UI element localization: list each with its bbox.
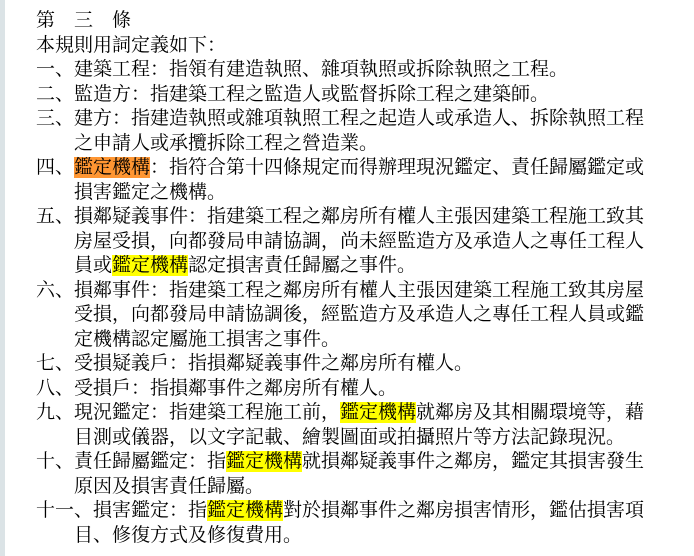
text-segment: 受損，向都發局申請協調後，經監造方及承造人之專任工程人員或鑑 [74,304,644,325]
window-edge-strip [0,0,5,556]
text-line: 十一、損害鑑定：指鑑定機構對於損鄰事件之鄰房損害情形，鑑估損害項 [36,499,686,524]
text-line: 四、鑑定機構：指符合第十四條規定而得辦理現況鑑定、責任歸屬鑑定或 [36,156,686,181]
text-line: 第 三 條 [36,9,686,34]
text-segment: 本規則用詞定義如下： [36,35,226,56]
text-line: 五、損鄰疑義事件：指建築工程之鄰房所有權人主張因建築工程施工致其 [36,205,686,230]
text-segment: 目測或儀器，以文字記載、繪製圖面或拍攝照片等方法記錄現況。 [74,427,625,448]
text-segment: 就損鄰疑義事件之鄰房，鑑定其損害發生 [302,451,644,472]
find-highlight-match: 鑑定機構 [226,451,302,472]
text-line: 房屋受損，向都發局申請協調，尚未經監造方及承造人之專任工程人 [36,230,686,255]
text-segment: ：指符合第十四條規定而得辦理現況鑑定、責任歸屬鑑定或 [150,157,644,178]
text-segment: 員或 [74,255,112,276]
document-lines: 第 三 條本規則用詞定義如下：一、建築工程：指領有建造執照、雜項執照或拆除執照之… [36,9,686,548]
text-segment: 八、受損戶：指損鄰事件之鄰房所有權人。 [36,378,397,399]
text-segment: 認定損害責任歸屬之事件。 [188,255,416,276]
text-line: 員或鑑定機構認定損害責任歸屬之事件。 [36,254,686,279]
text-line: 七、受損疑義戶：指損鄰疑義事件之鄰房所有權人。 [36,352,686,377]
text-line: 二、監造方：指建築工程之監造人或監督拆除工程之建築師。 [36,83,686,108]
find-highlight-active-match: 鑑定機構 [74,157,150,178]
text-segment: 十一、損害鑑定：指 [36,500,207,521]
article-text: 第 三 條本規則用詞定義如下：一、建築工程：指領有建造執照、雜項執照或拆除執照之… [36,9,686,548]
text-segment: 三、建方：指建造執照或雜項執照工程之起造人或承造人、拆除執照工程 [36,108,644,129]
text-line: 十、責任歸屬鑑定：指鑑定機構就損鄰疑義事件之鄰房，鑑定其損害發生 [36,450,686,475]
text-segment: 十、責任歸屬鑑定：指 [36,451,226,472]
find-highlight-match: 鑑定機構 [112,255,188,276]
text-line: 定機構認定屬施工損害之事件。 [36,328,686,353]
text-line: 一、建築工程：指領有建造執照、雜項執照或拆除執照之工程。 [36,58,686,83]
text-segment: 第 三 條 [36,10,131,31]
text-segment: 原因及損害責任歸屬。 [74,476,264,497]
text-segment: 就鄰房及其相關環境等，藉 [416,402,644,423]
text-line: 六、損鄰事件：指建築工程之鄰房所有權人主張因建築工程施工致其房屋 [36,279,686,304]
text-line: 三、建方：指建造執照或雜項執照工程之起造人或承造人、拆除執照工程 [36,107,686,132]
text-line: 受損，向都發局申請協調後，經監造方及承造人之專任工程人員或鑑 [36,303,686,328]
document-page: 第 三 條本規則用詞定義如下：一、建築工程：指領有建造執照、雜項執照或拆除執照之… [0,0,694,556]
text-line: 損害鑑定之機構。 [36,181,686,206]
text-segment: 二、監造方：指建築工程之監造人或監督拆除工程之建築師。 [36,84,549,105]
text-segment: 五、損鄰疑義事件：指建築工程之鄰房所有權人主張因建築工程施工致其 [36,206,644,227]
text-segment: 損害鑑定之機構。 [74,182,226,203]
find-highlight-match: 鑑定機構 [207,500,283,521]
text-line: 目、修復方式及修復費用。 [36,524,686,549]
text-segment: 七、受損疑義戶：指損鄰疑義事件之鄰房所有權人。 [36,353,473,374]
text-segment: 一、建築工程：指領有建造執照、雜項執照或拆除執照之工程。 [36,59,568,80]
text-line: 八、受損戶：指損鄰事件之鄰房所有權人。 [36,377,686,402]
text-line: 九、現況鑑定：指建築工程施工前，鑑定機構就鄰房及其相關環境等，藉 [36,401,686,426]
text-segment: 定機構認定屬施工損害之事件。 [74,329,340,350]
text-segment: 四、 [36,157,74,178]
find-highlight-match: 鑑定機構 [340,402,416,423]
text-segment: 之申請人或承攬拆除工程之營造業。 [74,133,378,154]
text-segment: 六、損鄰事件：指建築工程之鄰房所有權人主張因建築工程施工致其房屋 [36,280,644,301]
text-segment: 九、現況鑑定：指建築工程施工前， [36,402,340,423]
text-segment: 目、修復方式及修復費用。 [74,525,302,546]
text-line: 目測或儀器，以文字記載、繪製圖面或拍攝照片等方法記錄現況。 [36,426,686,451]
text-line: 本規則用詞定義如下： [36,34,686,59]
text-segment: 房屋受損，向都發局申請協調，尚未經監造方及承造人之專任工程人 [74,231,644,252]
text-line: 之申請人或承攬拆除工程之營造業。 [36,132,686,157]
text-line: 原因及損害責任歸屬。 [36,475,686,500]
text-segment: 對於損鄰事件之鄰房損害情形，鑑估損害項 [283,500,644,521]
